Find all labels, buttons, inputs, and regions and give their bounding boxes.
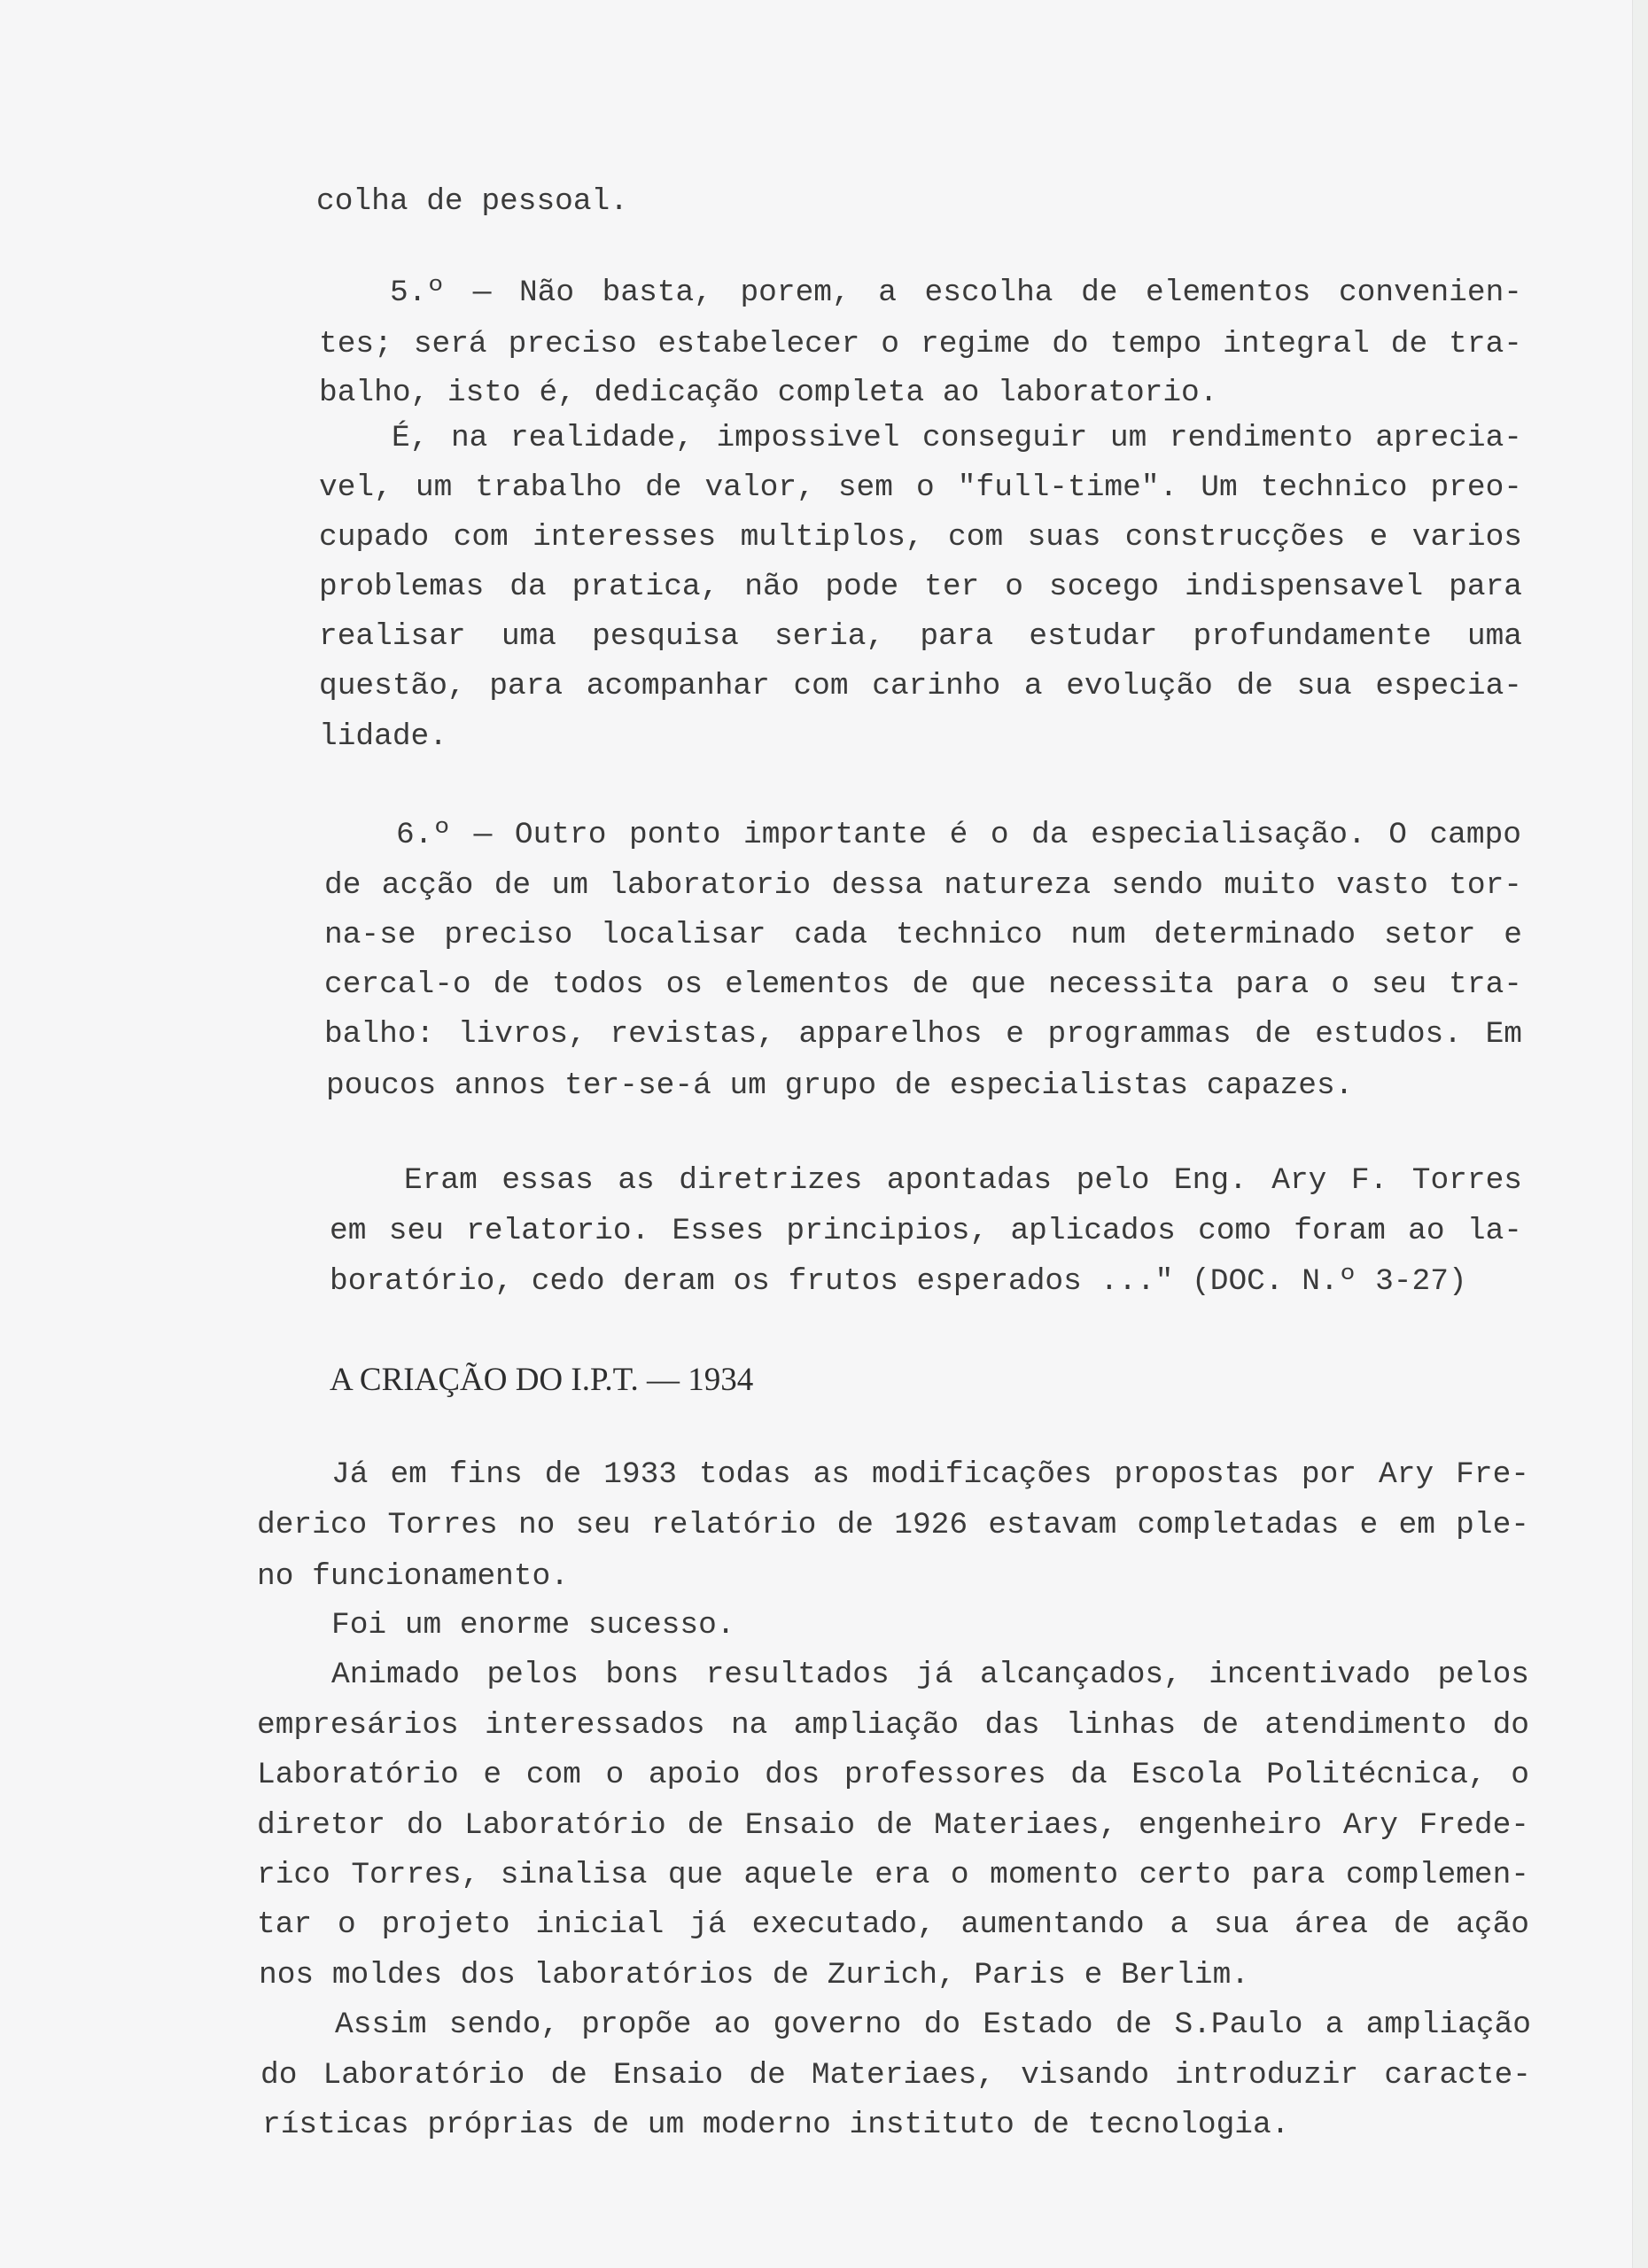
text-line: do Laboratório de Ensaio de Materiaes, v… <box>260 2058 1531 2093</box>
text-line: rísticas próprias de um moderno institut… <box>262 2108 1289 2143</box>
text-line: questão, para acompanhar com carinho a e… <box>319 669 1522 704</box>
text-line: cercal-o de todos os elementos de que ne… <box>324 967 1522 1003</box>
text-line: Animado pelos bons resultados já alcança… <box>331 1658 1529 1693</box>
text-line: vel, um trabalho de valor, sem o "full-t… <box>319 470 1522 506</box>
text-line: nos moldes dos laboratórios de Zurich, P… <box>259 1958 1249 1993</box>
text-line: É, na realidade, impossivel conseguir um… <box>392 421 1522 456</box>
text-line: colha de pessoal. <box>316 184 671 220</box>
text-line: problemas da pratica, não pode ter o soc… <box>319 570 1522 605</box>
text-line: derico Torres no seu relatório de 1926 e… <box>257 1508 1529 1543</box>
text-line: rico Torres, sinalisa que aquele era o m… <box>257 1858 1529 1893</box>
text-line: Foi um enorme sucesso. <box>331 1608 735 1643</box>
text-line: em seu relatorio. Esses principios, apli… <box>330 1214 1522 1249</box>
text-line: Assim sendo, propõe ao governo do Estado… <box>335 2008 1531 2043</box>
text-line: Eram essas as diretrizes apontadas pelo … <box>404 1163 1522 1199</box>
text-line: Já em fins de 1933 todas as modificações… <box>331 1457 1529 1493</box>
text-line: na-se preciso localisar cada technico nu… <box>324 918 1522 953</box>
text-line: 5.º — Não basta, porem, a escolha de ele… <box>390 276 1522 311</box>
text-line: tar o projeto inicial já executado, aume… <box>257 1907 1529 1943</box>
text-line: poucos annos ter-se-á um grupo de especi… <box>326 1068 1353 1104</box>
section-heading: A CRIAÇÃO DO I.P.T. — 1934 <box>330 1361 753 1400</box>
text-line: lidade. <box>319 719 447 755</box>
text-line: no funcionamento. <box>257 1559 569 1595</box>
text-line: balho, isto é, dedicação completa ao lab… <box>319 376 1217 411</box>
text-line: Laboratório e com o apoio dos professore… <box>257 1758 1529 1793</box>
text-line: empresários interessados na ampliação da… <box>257 1708 1529 1744</box>
text-line: tes; será preciso estabelecer o regime d… <box>319 327 1522 362</box>
text-line: 6.º — Outro ponto importante é o da espe… <box>396 818 1521 853</box>
scan-page-edge <box>1633 0 1648 2268</box>
text-line: diretor do Laboratório de Ensaio de Mate… <box>257 1808 1529 1844</box>
text-line: balho: livros, revistas, apparelhos e pr… <box>324 1017 1522 1052</box>
text-line: realisar uma pesquisa seria, para estuda… <box>319 619 1522 655</box>
text-line: cupado com interesses multiplos, com sua… <box>319 520 1522 555</box>
text-line: boratório, cedo deram os frutos esperado… <box>330 1264 1467 1300</box>
text-line: de acção de um laboratorio dessa naturez… <box>324 868 1522 904</box>
